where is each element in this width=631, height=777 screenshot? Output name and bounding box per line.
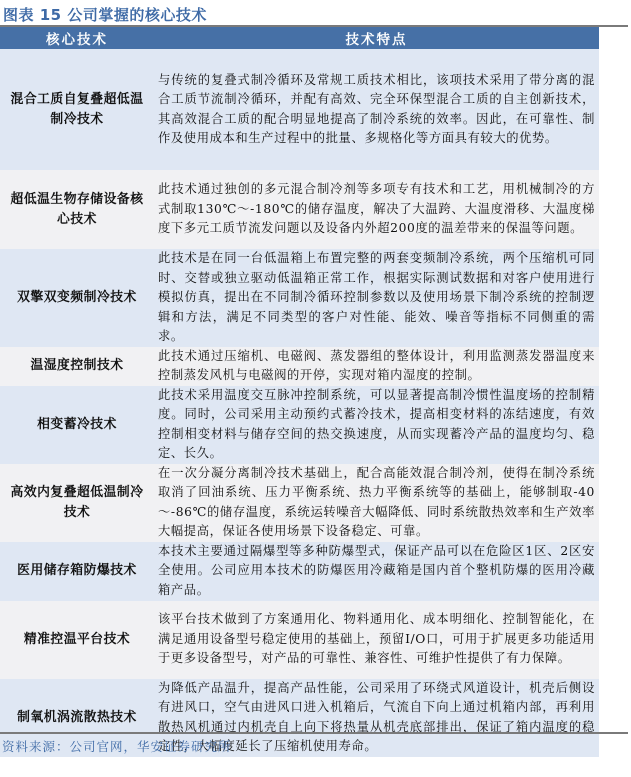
tech-desc: 与传统的复叠式制冷循环及常规工质技术相比，该项技术采用了带分离的混合工质节流制冷… — [154, 49, 599, 170]
tech-name: 高效内复叠超低温制冷技术 — [0, 464, 154, 542]
table-row: 医用储存箱防爆技术 本技术主要通过隔爆型等多种防爆型式，保证产品可以在危险区1区… — [0, 542, 599, 601]
table-row: 超低温生物存储设备核心技术 此技术通过独创的多元混合制冷剂等多项专有技术和工艺，… — [0, 170, 599, 249]
table-row: 精准控温平台技术 该平台技术做到了方案通用化、物料通用化、成本明细化、控制智能化… — [0, 601, 599, 679]
tech-name: 混合工质自复叠超低温制冷技术 — [0, 49, 154, 170]
tech-desc: 此技术通过独创的多元混合制冷剂等多项专有技术和工艺，用机械制冷的方式制取130℃… — [154, 170, 599, 249]
tech-name: 双擎双变频制冷技术 — [0, 249, 154, 347]
source-note: 资料来源：公司官网，华安证券研究所 — [2, 737, 232, 755]
tech-desc: 该平台技术做到了方案通用化、物料通用化、成本明细化、控制智能化，在满足通用设备型… — [154, 601, 599, 679]
tech-desc: 此技术通过压缩机、电磁阀、蒸发器组的整体设计，利用监测蒸发器温度来控制蒸发风机与… — [154, 347, 599, 386]
figure-title: 图表 15 公司掌握的核心技术 — [3, 4, 207, 25]
table-row: 相变蓄冷技术 此技术采用温度交互脉冲控制系统，可以显著提高制冷惯性温度场的控制精… — [0, 386, 599, 464]
table-row: 高效内复叠超低温制冷技术 在一次分凝分离制冷技术基础上，配合高能效混合制冷剂，使… — [0, 464, 599, 542]
tech-name: 医用储存箱防爆技术 — [0, 542, 154, 601]
tech-desc: 此技术是在同一台低温箱上布置完整的两套变频制冷系统，两个压缩机可同时、交替或独立… — [154, 249, 599, 347]
tech-name: 温湿度控制技术 — [0, 347, 154, 386]
table-row: 混合工质自复叠超低温制冷技术 与传统的复叠式制冷循环及常规工质技术相比，该项技术… — [0, 49, 599, 170]
core-tech-table: 核心技术 技术特点 混合工质自复叠超低温制冷技术 与传统的复叠式制冷循环及常规工… — [0, 27, 599, 757]
table-row: 温湿度控制技术 此技术通过压缩机、电磁阀、蒸发器组的整体设计，利用监测蒸发器温度… — [0, 347, 599, 386]
bottom-rule — [0, 732, 628, 734]
tech-name: 超低温生物存储设备核心技术 — [0, 170, 154, 249]
tech-desc: 在一次分凝分离制冷技术基础上，配合高能效混合制冷剂，使得在制冷系统取消了回油系统… — [154, 464, 599, 542]
tech-name: 相变蓄冷技术 — [0, 386, 154, 464]
header-core-tech: 核心技术 — [0, 27, 154, 49]
table-row: 双擎双变频制冷技术 此技术是在同一台低温箱上布置完整的两套变频制冷系统，两个压缩… — [0, 249, 599, 347]
header-features: 技术特点 — [154, 27, 599, 49]
tech-desc: 此技术采用温度交互脉冲控制系统，可以显著提高制冷惯性温度场的控制精度。同时，公司… — [154, 386, 599, 464]
table-header-row: 核心技术 技术特点 — [0, 27, 599, 49]
tech-name: 精准控温平台技术 — [0, 601, 154, 679]
tech-desc: 本技术主要通过隔爆型等多种防爆型式，保证产品可以在危险区1区、2区安全使用。公司… — [154, 542, 599, 601]
